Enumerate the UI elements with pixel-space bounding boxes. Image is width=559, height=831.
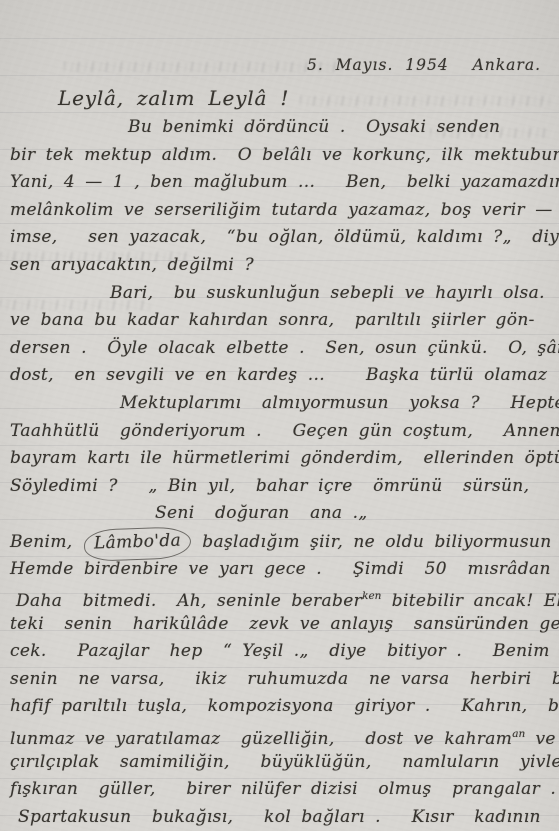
text-segment: Benim, — [10, 532, 83, 552]
letter-line: fışkıran güller, birer nilüfer dizisi ol… — [10, 776, 553, 804]
text-segment: dost, en sevgili ve en kardeş ... Başka … — [10, 365, 559, 385]
text-segment: Yani, 4 — 1 , ben mağlubum ... Ben, belk… — [10, 172, 559, 192]
letter-line: Yani, 4 — 1 , ben mağlubum ... Ben, belk… — [10, 169, 553, 197]
letter-content: 5. Mayıs. 1954 Ankara. Leylâ, zalım Leyl… — [10, 0, 553, 831]
text-segment: bayram kartı ile hürmetlerimi gönderdim,… — [10, 448, 559, 468]
text-segment: sen arıyacaktın, değilmi ? — [10, 255, 254, 275]
text-segment: fışkıran güller, birer nilüfer dizisi ol… — [10, 779, 556, 799]
letter-line: lunmaz ve yaratılamaz güzelliğin, dost v… — [10, 721, 553, 749]
letter-line: Bari, bu suskunluğun sebepli ve hayırlı … — [10, 280, 553, 308]
letter-line: Söyledimi ? „ Bin yıl, bahar içre ömrünü… — [10, 473, 553, 501]
letter-line: Hemde birdenbire ve yarı gece . Şimdi 50… — [10, 556, 553, 584]
dateline: 5. Mayıs. 1954 Ankara. — [10, 52, 553, 78]
text-segment: Taahhütlü gönderiyorum . Geçen gün coştu… — [10, 421, 559, 441]
letter-line: Seni doğuran ana .„ — [10, 500, 553, 528]
text-segment: teki senin harikûlâde zevk ve anlayış sa… — [10, 614, 559, 634]
letter-line: senin ne varsa, ikiz ruhumuzda ne varsa … — [10, 666, 553, 694]
text-segment: başladığım şiir, ne oldu biliyormusun ? — [192, 532, 559, 552]
text-segment: Daha bitmedi. Ah, seninle beraber — [16, 591, 362, 611]
letter-line: imse, sen yazacak, “bu oğlan, öldümü, ka… — [10, 224, 553, 252]
letter-line: Benim, Lâmbo'da başladığım şiir, ne oldu… — [10, 528, 553, 556]
letter-line: cek. Pazajlar hep “ Yeşil .„ diye bitiyo… — [10, 638, 553, 666]
text-segment: dersen . Öyle olacak elbette . Sen, osun… — [10, 338, 559, 358]
letter-line: dost, en sevgili ve en kardeş ... Başka … — [10, 362, 553, 390]
text-segment: ve — [525, 729, 556, 749]
text-segment: çırılçıplak samimiliğin, büyüklüğün, nam… — [10, 752, 559, 772]
letter-line: Mektuplarımı almıyormusun yoksa ? Hepte — [10, 390, 553, 418]
text-segment: bir tek mektup aldım. O belâlı ve korkun… — [10, 145, 559, 165]
letter-line: teki senin harikûlâde zevk ve anlayış sa… — [10, 611, 553, 639]
text-segment: ve bana bu kadar kahırdan sonra, parıltı… — [10, 310, 535, 330]
letter-line: dersen . Öyle olacak elbette . Sen, osun… — [10, 335, 553, 363]
letter-line: bir tek mektup aldım. O belâlı ve korkun… — [10, 142, 553, 170]
letter-line: Taahhütlü gönderiyorum . Geçen gün coştu… — [10, 418, 553, 446]
letter-line: melânkolim ve serseriliğim tutarda yazam… — [10, 197, 553, 225]
text-segment: Spartakusun bukağısı, kol bağları . Kısı… — [18, 807, 559, 827]
text-segment: lunmaz ve yaratılamaz güzelliğin, dost v… — [10, 729, 512, 749]
text-segment: senin ne varsa, ikiz ruhumuzda ne varsa … — [10, 669, 559, 689]
text-segment: Bari, bu suskunluğun sebepli ve hayırlı … — [110, 283, 545, 303]
salutation: Leylâ, zalım Leylâ ! — [10, 83, 553, 114]
letter-line: çırılçıplak samimiliğin, büyüklüğün, nam… — [10, 749, 553, 777]
letter-line: sen arıyacaktın, değilmi ? — [10, 252, 553, 280]
text-segment: ken — [362, 590, 381, 602]
scanned-letter-page: 5. Mayıs. 1954 Ankara. Leylâ, zalım Leyl… — [0, 0, 559, 831]
letter-line: Daha bitmedi. Ah, seninle beraberken bit… — [10, 583, 553, 611]
text-segment: an — [512, 728, 525, 740]
text-segment: Mektuplarımı almıyormusun yoksa ? Hepte — [120, 393, 559, 413]
text-segment: Seni doğuran ana .„ — [155, 503, 368, 523]
text-segment: cek. Pazajlar hep “ Yeşil .„ diye bitiyo… — [10, 641, 559, 661]
text-segment: melânkolim ve serseriliğim tutarda yazam… — [10, 200, 553, 220]
text-segment: imse, sen yazacak, “bu oğlan, öldümü, ka… — [10, 227, 559, 247]
text-segment: Bu benimki dördüncü . Oysaki senden — [128, 117, 500, 137]
text-segment: hafif parıltılı tuşla, kompozisyona giri… — [10, 696, 559, 716]
letter-line: bayram kartı ile hürmetlerimi gönderdim,… — [10, 445, 553, 473]
text-segment: Hemde birdenbire ve yarı gece . Şimdi 50… — [10, 559, 559, 579]
text-segment: bitebilir ancak! Elbet — [381, 591, 559, 611]
letter-line: Spartakusun bukağısı, kol bağları . Kısı… — [10, 804, 553, 831]
letter-line: Bu benimki dördüncü . Oysaki senden — [10, 114, 553, 142]
text-segment: Söyledimi ? „ Bin yıl, bahar içre ömrünü… — [10, 476, 529, 496]
letter-line: ve bana bu kadar kahırdan sonra, parıltı… — [10, 307, 553, 335]
letter-body: Bu benimki dördüncü . Oysaki sendenbir t… — [10, 114, 553, 831]
letter-line: hafif parıltılı tuşla, kompozisyona giri… — [10, 693, 553, 721]
